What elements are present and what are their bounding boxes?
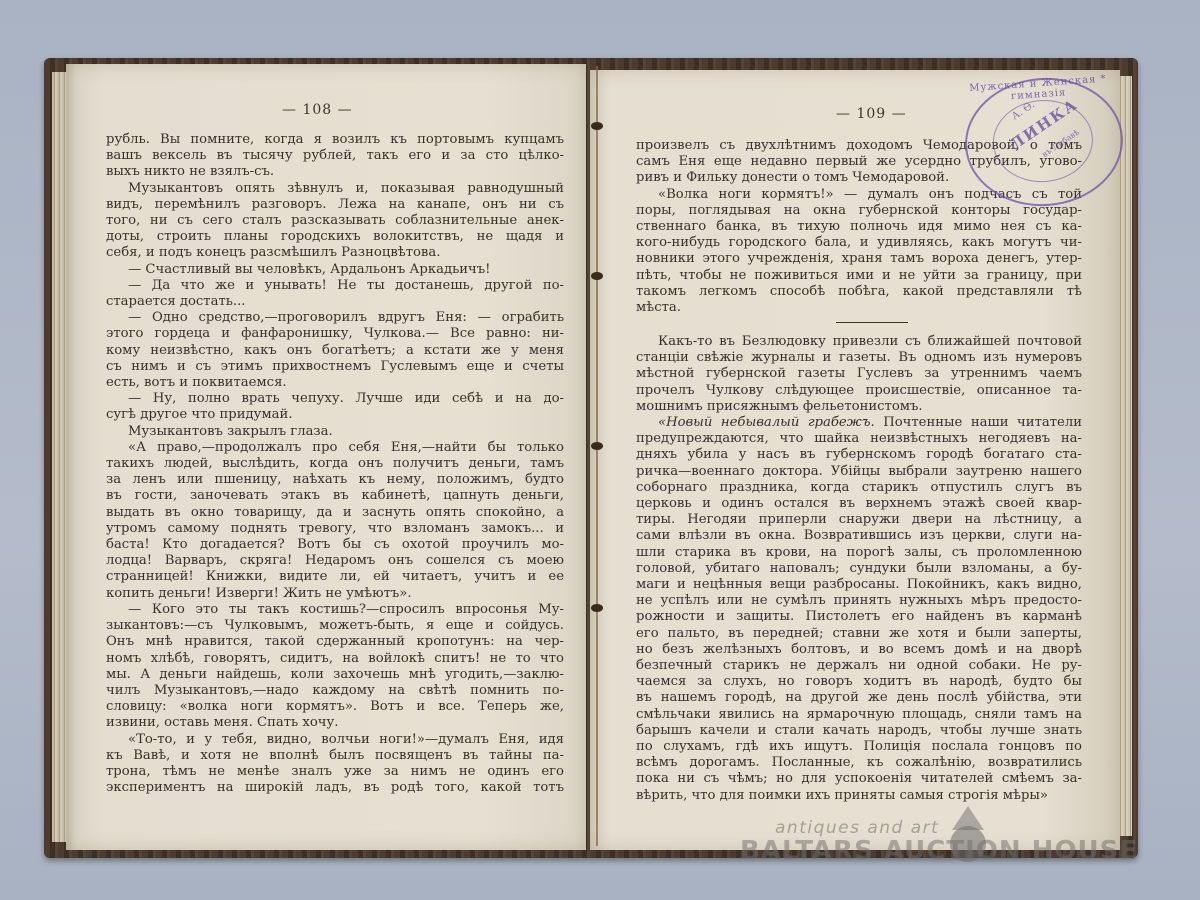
text-line: чаемся за слухъ, но говоръ ходитъ въ нар…	[636, 674, 1082, 690]
text-line: этого гордеца и фанфаронишку, Чулкова.— …	[106, 326, 564, 342]
text-line: его пальто, въ передней; ставни же хотя …	[636, 626, 1082, 642]
text-line: — Одно средство,—проговорилъ вдругъ Еня:…	[106, 310, 564, 326]
text-line: кого-нибудь городского бала, и удивляясь…	[636, 235, 1082, 251]
text-line: въ нашемъ городѣ, на другой же день посл…	[636, 690, 1082, 706]
text-line: утромъ самому поднять тревогу, что взлом…	[106, 521, 564, 537]
text-line: прочелъ Чулкову слѣдующее происшествіе, …	[636, 383, 1082, 399]
text-line: видъ, перемѣнилъ разговоръ. Лежа на кана…	[106, 197, 564, 213]
text-line: мошнимъ присяжнымъ фельетонистомъ.	[636, 399, 1082, 415]
text-line: всѣмъ дорогамъ. Посланные, къ сожалѣнію,…	[636, 755, 1082, 771]
text-line: «Новый небывалый грабежъ. Почтенные наши…	[636, 415, 1082, 431]
text-line: «А право,—продолжалъ про себя Еня,—найти…	[106, 440, 564, 456]
text-line: чилъ Музыкантовъ,—надо каждому на свѣтѣ …	[106, 683, 564, 699]
text-line: сугѣ другое что придумай.	[106, 407, 564, 423]
text-line: рубль. Вы помните, когда я возилъ къ пор…	[106, 132, 564, 148]
text-line: лодца! Варваръ, скряга! Недаромъ онъ сош…	[106, 553, 564, 569]
left-page: — 108 — рубль. Вы помните, когда я возил…	[66, 64, 586, 850]
text-line: баста! Кто догадается? Вотъ бы съ охотой…	[106, 537, 564, 553]
text-line: за ленъ или пшеницу, наѣхать къ нему, по…	[106, 472, 564, 488]
text-line: зыкантовъ:—съ Чулковымъ, можетъ-быть, я …	[106, 618, 564, 634]
text-line: мы. А деньги найдешь, коли захочешь мнѣ …	[106, 667, 564, 683]
text-line: маги и нецѣнныя вещи разбросаны. Покойни…	[636, 577, 1082, 593]
text-line: Какъ-то въ Безлюдовку привезли съ ближай…	[636, 334, 1082, 350]
text-line: къ Вавѣ, и хотя не вполнѣ былъ посвященъ…	[106, 748, 564, 764]
text-line: Музыкантовъ закрылъ глаза.	[106, 424, 564, 440]
watermark-brand: BALTARS AUCTION HOUSE	[740, 836, 1138, 866]
left-page-text: рубль. Вы помните, когда я возилъ къ пор…	[106, 132, 564, 796]
binding-stitch	[591, 272, 603, 280]
text-line: сами влѣзли въ окна. Возвратившись изъ ц…	[636, 528, 1082, 544]
text-line: церковь и одинъ остался въ верхнемъ этаж…	[636, 496, 1082, 512]
text-line: вашъ вексель въ тысячу рублей, такъ его …	[106, 148, 564, 164]
text-line: дняхъ убила у насъ въ губернскомъ городѣ…	[636, 447, 1082, 463]
text-line: предупреждаются, что шайка неизвѣстныхъ …	[636, 431, 1082, 447]
text-line: пока ни съ чѣмъ; но для успокоенія читат…	[636, 771, 1082, 787]
text-line: старается достать...	[106, 294, 564, 310]
text-line: выдать въ окно товарищу, да и заснуть оп…	[106, 505, 564, 521]
text-line: извини, оставь меня. Спать хочу.	[106, 715, 564, 731]
text-line: — Кого это ты такъ костишь?—спросилъ впр…	[106, 602, 564, 618]
text-line: безпечный старикъ не держалъ ни одной со…	[636, 658, 1082, 674]
section-divider	[836, 322, 908, 323]
text-line: — Да что же и унывать! Не ты достанешь, …	[106, 278, 564, 294]
text-line: но безъ желѣзныхъ болтовъ, и во всемъ до…	[636, 642, 1082, 658]
text-line: пѣть, чтобы не поживиться ими и не уйти …	[636, 268, 1082, 284]
text-line: — Ну, полно врать чепуху. Лучше иди себѣ…	[106, 391, 564, 407]
binding-stitch	[591, 442, 603, 450]
text-line: Онъ мнѣ нравится, такой сдержанный кропо…	[106, 634, 564, 650]
text-line: ственнаго банка, въ тихую полночь идя ми…	[636, 219, 1082, 235]
text-line: мѣстной губернской газеты Гуслевъ за утр…	[636, 366, 1082, 382]
text-line: «То-то, и у тебя, видно, волчьи ноги!»—д…	[106, 732, 564, 748]
text-line: по слухамъ, гдѣ ихъ ищутъ. Полиція посла…	[636, 739, 1082, 755]
text-line: вѣрить, что для поимки ихъ приняты самыя…	[636, 788, 1082, 804]
right-page-text-bottom: Какъ-то въ Безлюдовку привезли съ ближай…	[636, 334, 1082, 804]
text-line: мѣста.	[636, 300, 1082, 316]
text-line: барышъ качели и стали качать народъ, что…	[636, 723, 1082, 739]
watermark-tagline: antiques and art	[775, 818, 939, 838]
text-line: соборнаго праздника, когда старикъ отпус…	[636, 480, 1082, 496]
text-line: шли старика въ крови, на порогѣ залы, съ…	[636, 545, 1082, 561]
binding-stitch	[591, 604, 603, 612]
text-line: не успѣлъ или не сумѣлъ принять нужныхъ …	[636, 593, 1082, 609]
text-line: тиры. Негодяи приперли снаружи двери на …	[636, 512, 1082, 528]
text-line: доты, строить планы городскихъ волокитст…	[106, 229, 564, 245]
text-line: ричка—военнаго доктора. Убійцы выбрали з…	[636, 464, 1082, 480]
text-line: кому неизвѣстно, какъ онъ богатѣетъ; а к…	[106, 343, 564, 359]
text-line: такомъ легкомъ способѣ побѣга, какой пре…	[636, 284, 1082, 300]
text-line: головой, убитаго наповалъ; сундуки были …	[636, 561, 1082, 577]
binding-stitch	[591, 122, 603, 130]
page-number-left: — 108 —	[282, 102, 353, 118]
text-line: смѣльчаки явились на ярмарочную площадь,…	[636, 707, 1082, 723]
text-line: Музыкантовъ опять зѣвнулъ и, показывая р…	[106, 181, 564, 197]
text-line: рожности и защиты. Пистолетъ его найденъ…	[636, 609, 1082, 625]
text-line: новники этого учрежденія, храня тамъ вор…	[636, 251, 1082, 267]
text-line: выхъ никто не взялъ-съ.	[106, 164, 564, 180]
text-line: — Счастливый вы человѣкъ, Ардальонъ Арка…	[106, 262, 564, 278]
text-line: экспериментъ на широкій ладъ, въ родѣ то…	[106, 780, 564, 796]
text-line: словицу: «волка ноги кормятъ». Вотъ и вс…	[106, 699, 564, 715]
book-gutter	[596, 66, 598, 846]
text-line: съ нимъ и съ этимъ прихвостнемъ Гуслевым…	[106, 359, 564, 375]
text-line: трона, тѣмъ не менѣе зналъ уже за нимъ н…	[106, 764, 564, 780]
text-line: такихъ людей, выслѣдить, когда онъ получ…	[106, 456, 564, 472]
text-line: поры, поглядывая на окна губернской конт…	[636, 203, 1082, 219]
right-page-edges	[1118, 76, 1132, 836]
text-line: въ гости, заночевать этакъ въ кабинетѣ, …	[106, 488, 564, 504]
text-line: станціи свѣжіе журналы и газеты. Въ одно…	[636, 350, 1082, 366]
text-line: себя, и подъ конецъ разсмѣшилъ Разноцвѣт…	[106, 245, 564, 261]
text-line: номъ хлѣбѣ, говорятъ, сидитъ, на войлокѣ…	[106, 651, 564, 667]
page-number-right: — 109 —	[836, 106, 907, 122]
text-line: есть, вотъ и поквитаемся.	[106, 375, 564, 391]
text-line: странницей! Книжки, видите ли, ей читает…	[106, 569, 564, 585]
text-line: того, ни съ сего сталъ разсказывать собл…	[106, 213, 564, 229]
text-line: копить деньги! Изверги! Жить не умѣютъ».	[106, 586, 564, 602]
